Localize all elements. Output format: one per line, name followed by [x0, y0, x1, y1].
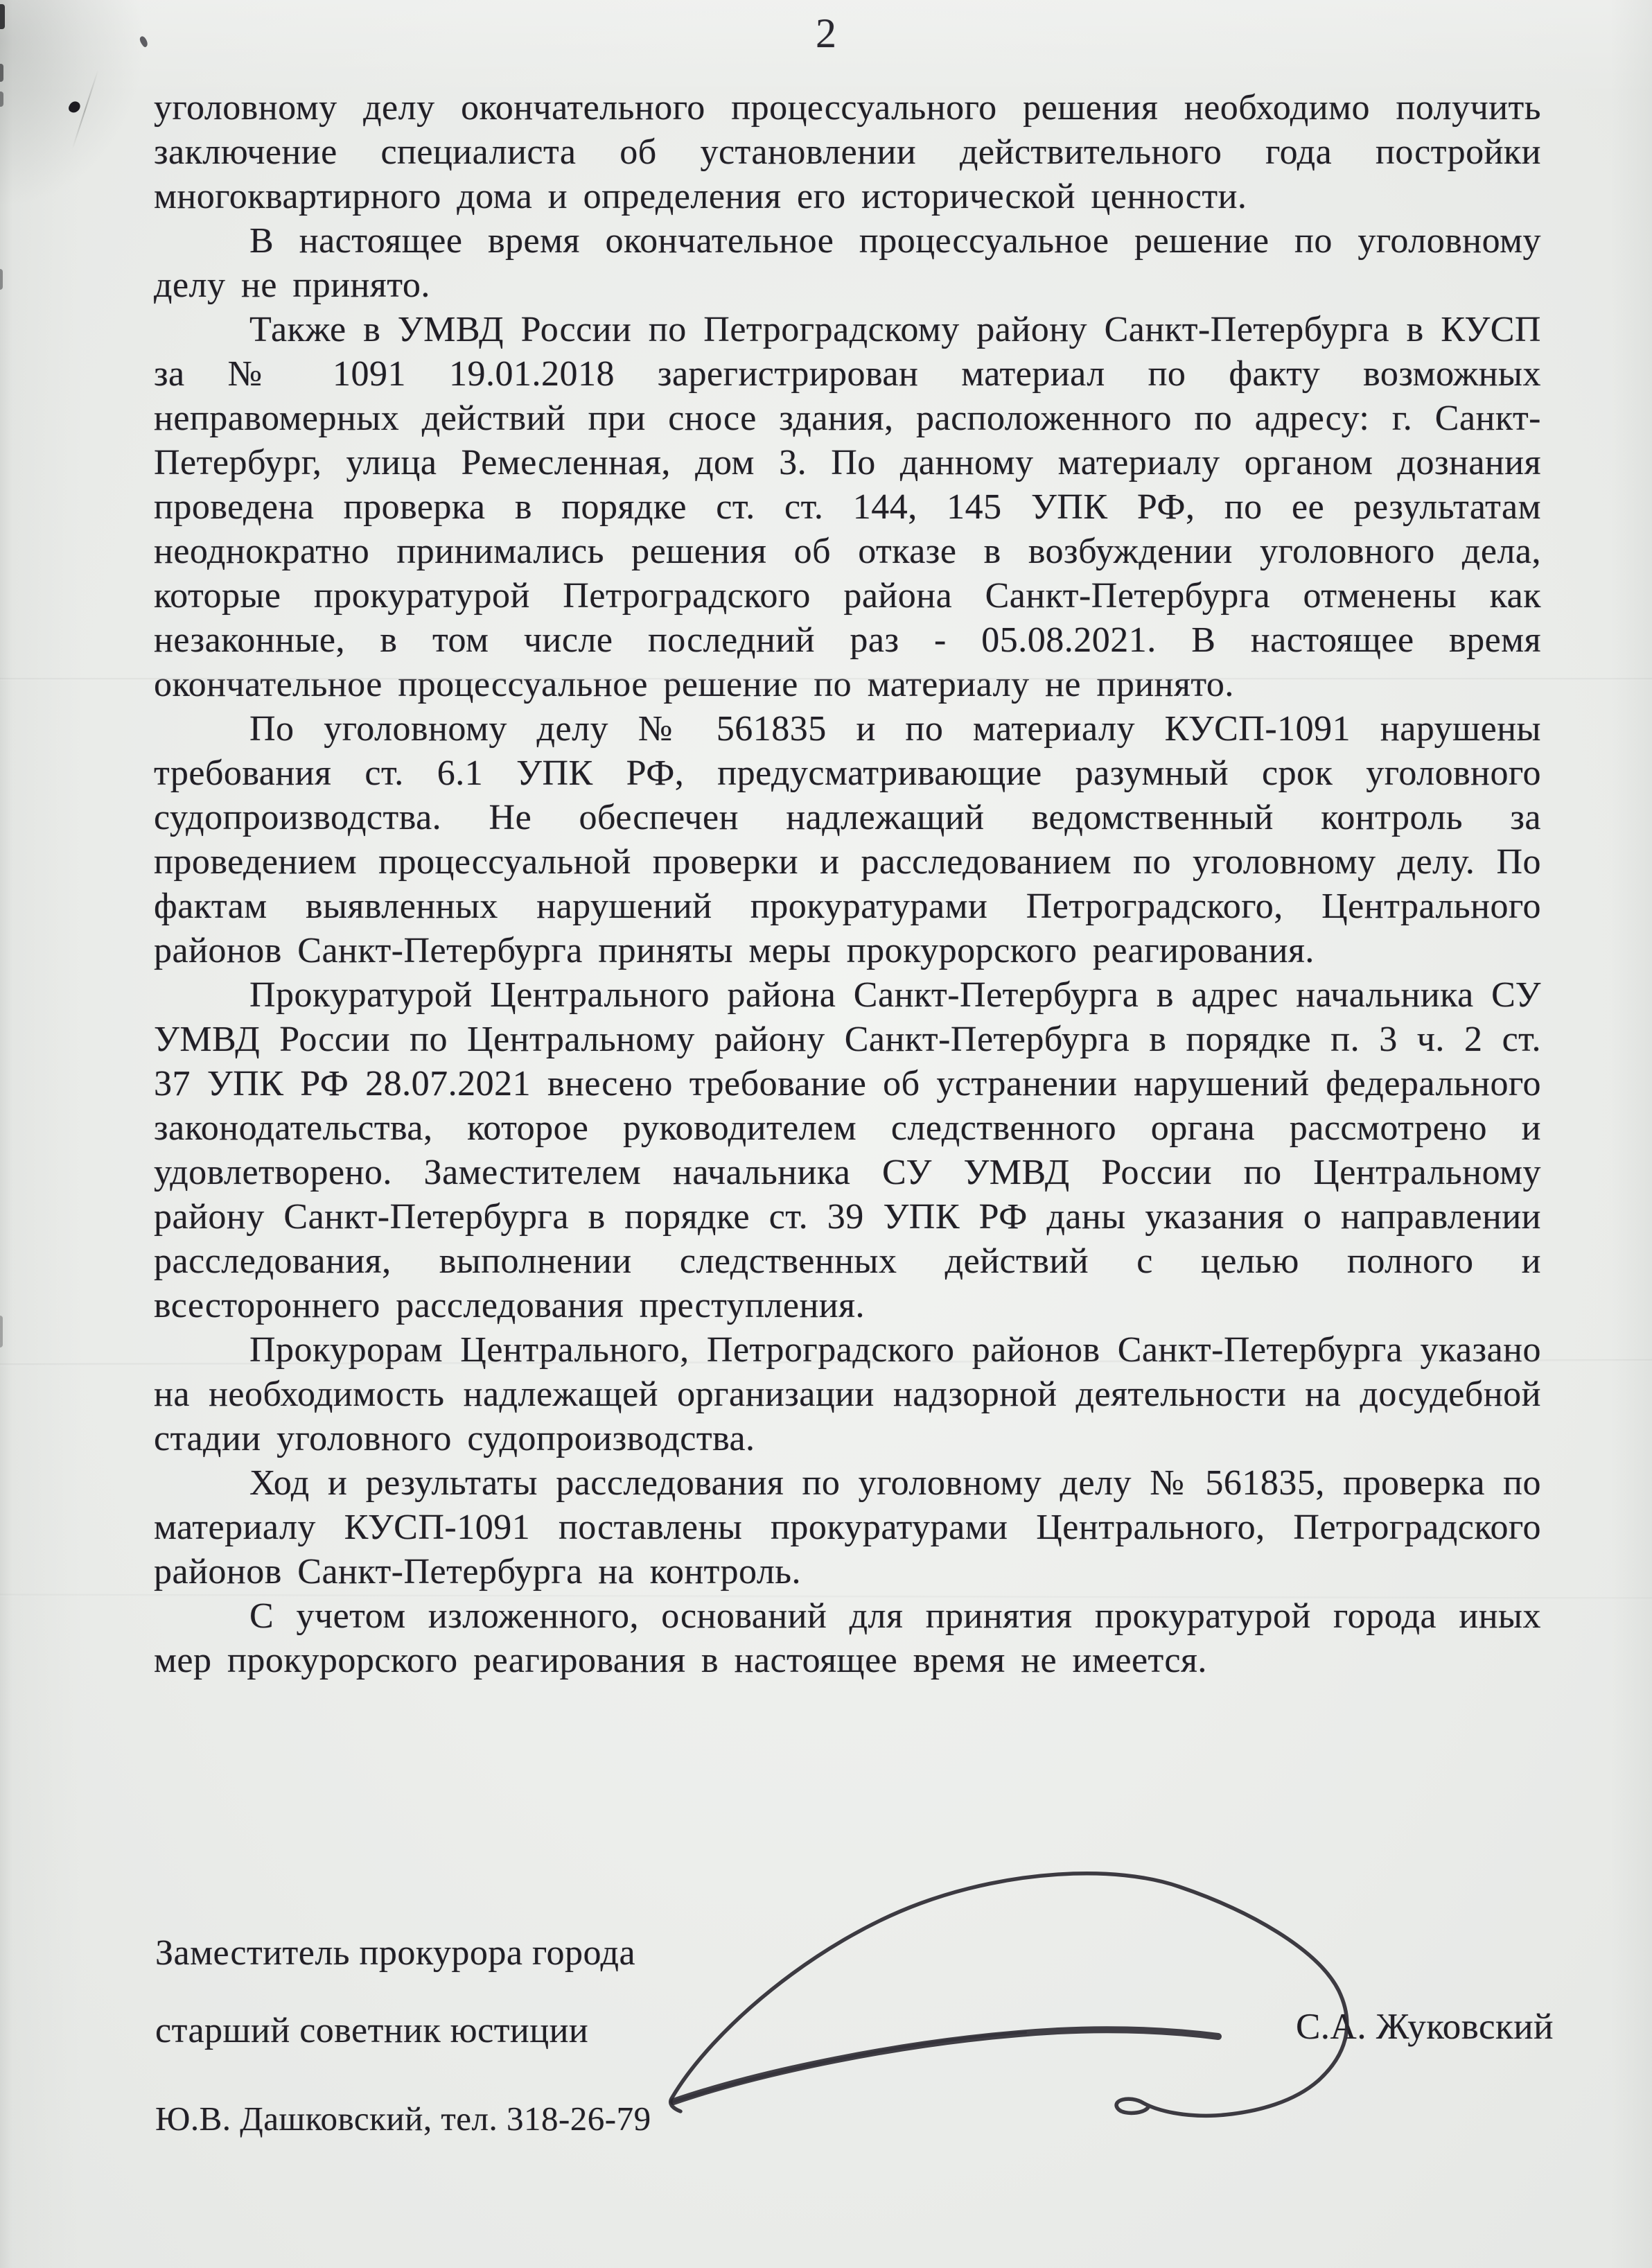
scan-scratch	[72, 70, 99, 150]
scanned-document-page: 2 уголовному делу окончательного процесс…	[0, 0, 1652, 2268]
scan-edge-mark	[0, 64, 3, 82]
body-paragraph-2: В настоящее время окончательное процессу…	[154, 219, 1541, 308]
scan-edge-mark	[0, 91, 3, 107]
body-paragraph-7: Ход и результаты расследования по уголов…	[154, 1461, 1541, 1594]
page-number: 2	[0, 10, 1652, 58]
scan-ink-dot	[67, 99, 82, 114]
body-paragraph-5: Прокуратурой Центрального района Санкт-П…	[154, 973, 1541, 1328]
signer-rank-title: старший советник юстиции	[155, 2010, 588, 2051]
body-paragraph-3: Также в УМВД России по Петроградскому ра…	[154, 308, 1541, 707]
signer-position-title: Заместитель прокурора города	[155, 1933, 635, 1973]
body-paragraph-6: Прокурорам Центрального, Петроградского …	[154, 1328, 1541, 1461]
scan-edge-mark	[0, 1316, 3, 1347]
scan-edge-mark	[0, 269, 3, 290]
body-paragraph-4: По уголовному делу № 561835 и по материа…	[154, 707, 1541, 973]
executor-contact-line: Ю.В. Дашковский, тел. 318-26-79	[155, 2099, 651, 2138]
body-paragraph-8: С учетом изложенного, оснований для прин…	[154, 1594, 1541, 1683]
handwritten-signature	[610, 1830, 1441, 2163]
signature-swoosh-taper	[674, 2032, 1026, 2102]
signature-loop-stroke	[671, 1874, 1347, 2116]
body-paragraph-1: уголовному делу окончательного процессуа…	[154, 86, 1541, 219]
document-body: уголовному делу окончательного процессуа…	[154, 86, 1541, 1683]
